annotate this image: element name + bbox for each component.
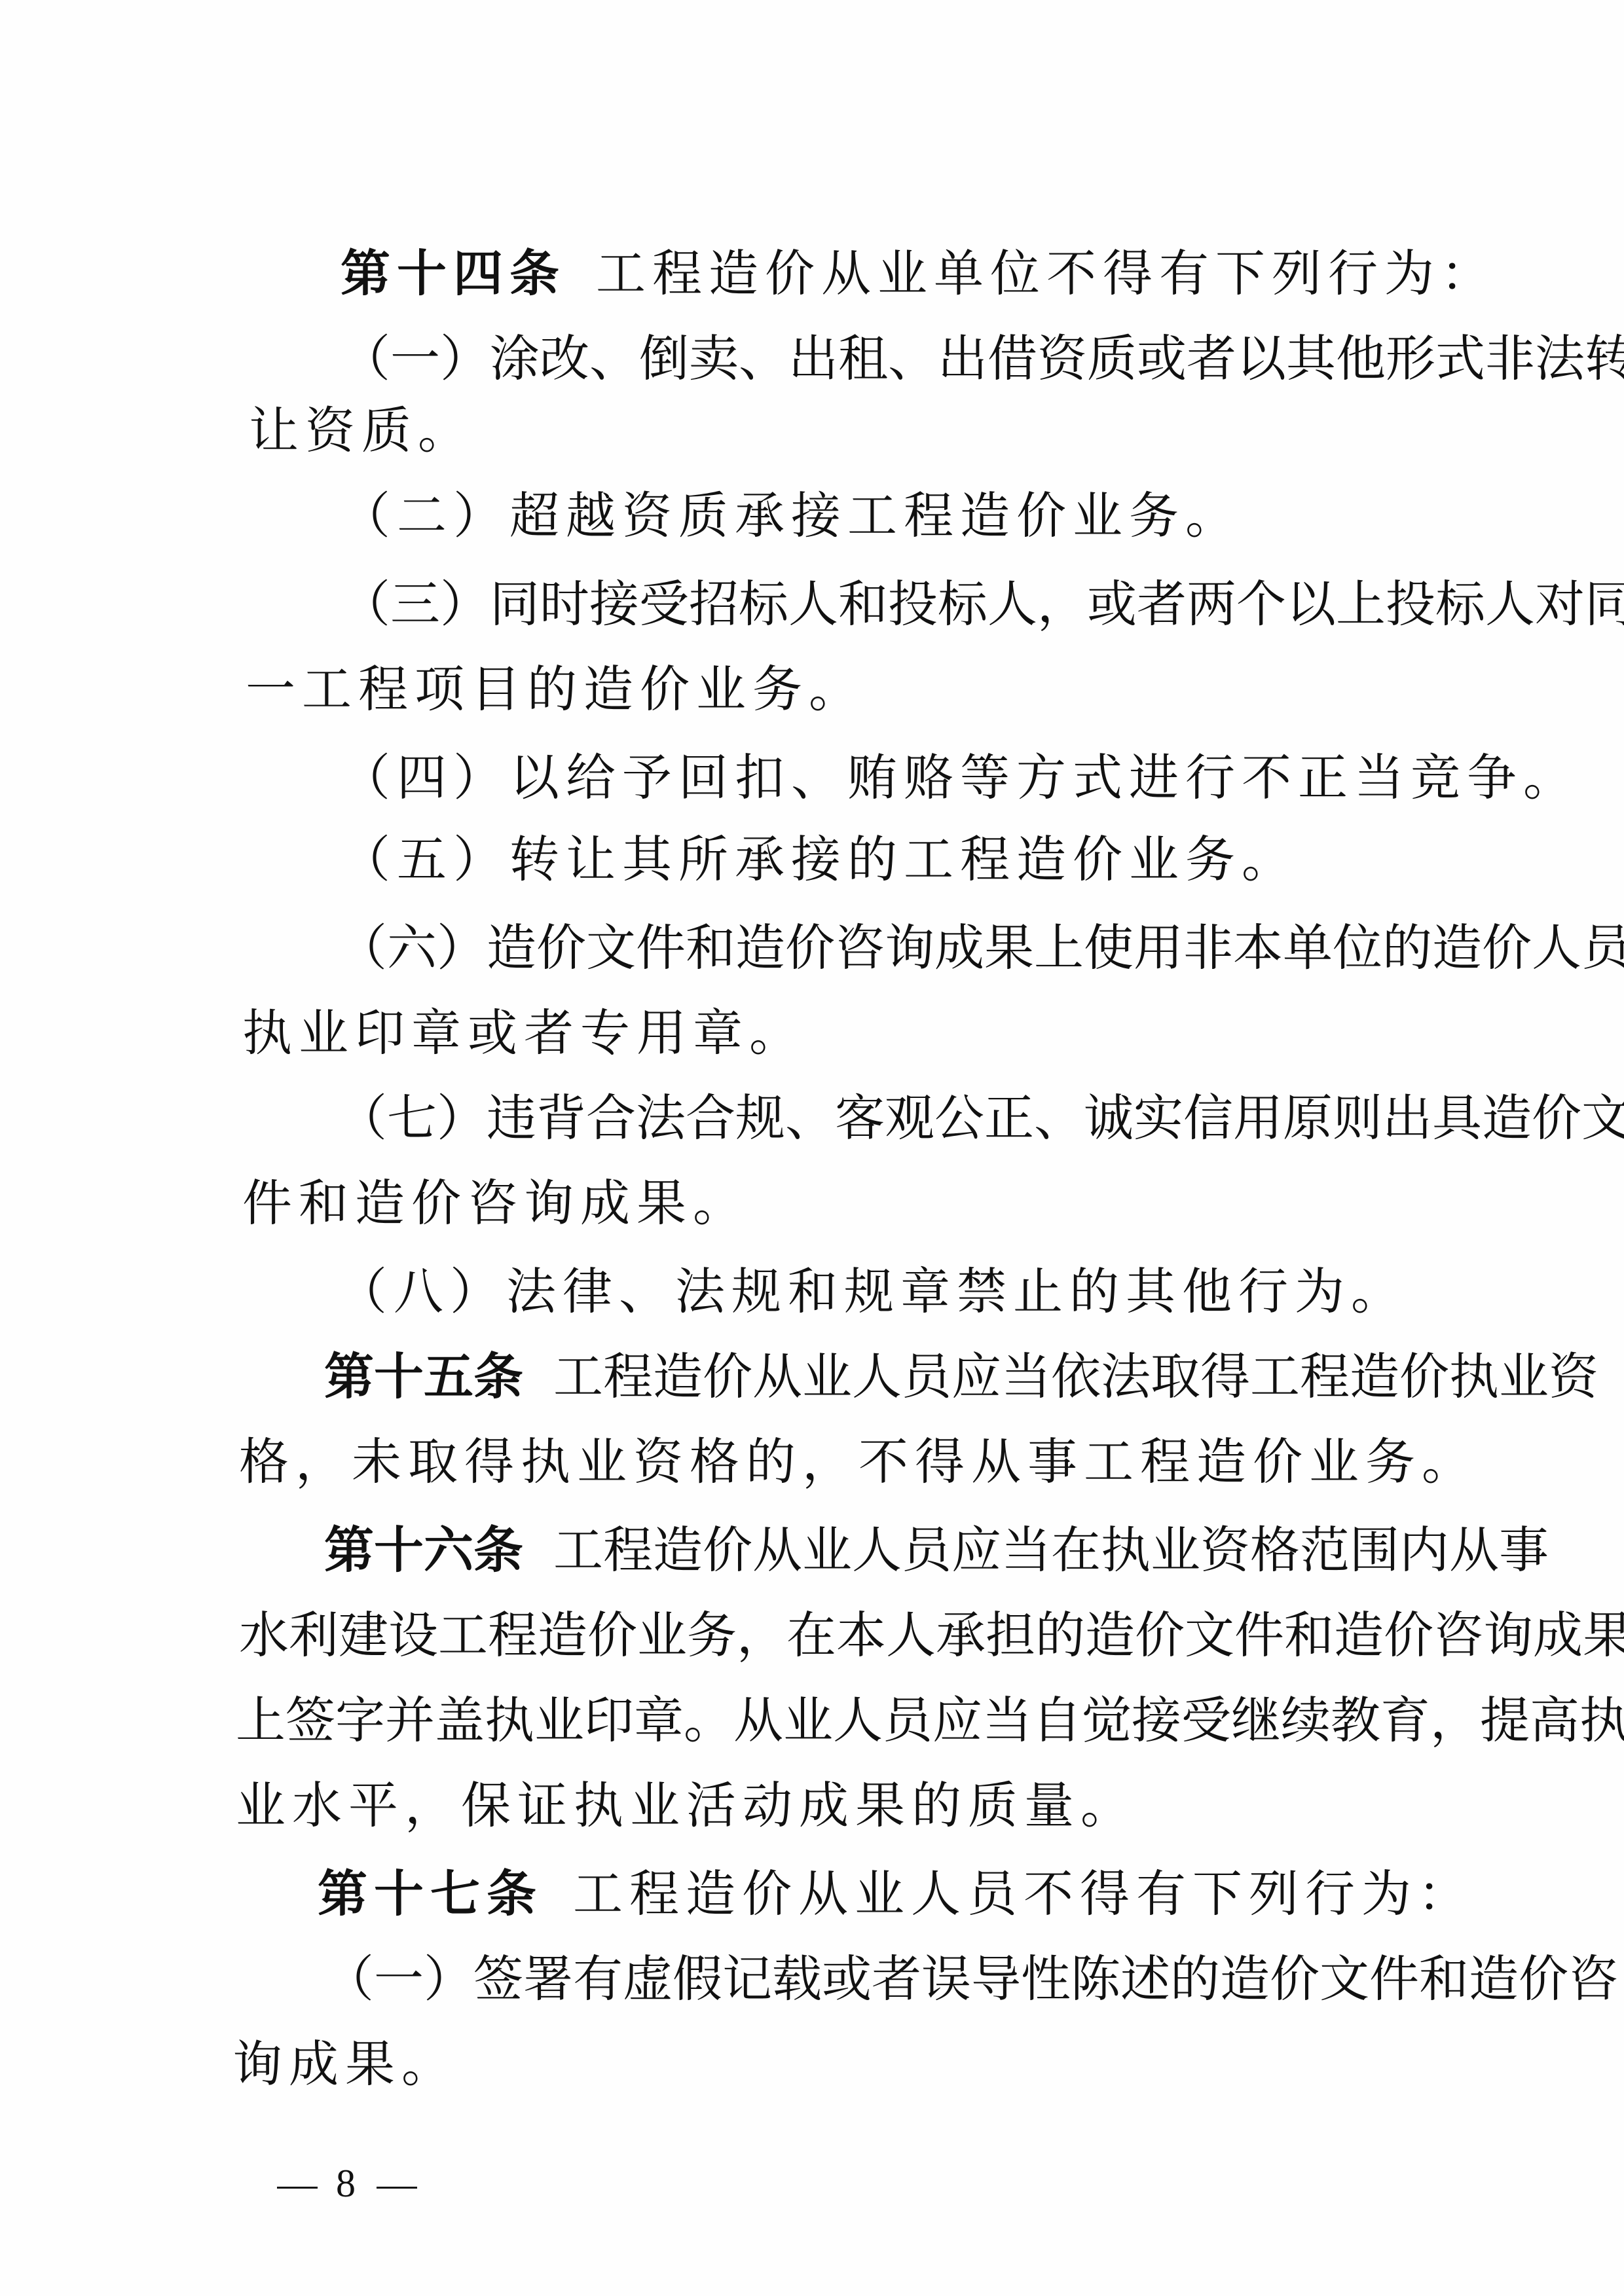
paragraph-text: 工程造价从业人员不得有下列行为： [573,1865,1474,1923]
continuation-line: 上签字并盖执业印章。从业人员应当自觉接受继续教育，提高执 [236,1689,1428,1752]
paragraph-text: 一工程项目的造价业务。 [246,660,865,718]
paragraph-text: 水利建设工程造价业务，在本人承担的造价文件和造价咨询成果 [239,1606,1624,1664]
item-line: （二）超越资质承接工程造价业务。 [341,484,1242,547]
article-14-heading: 第十四条工程造价从业单位不得有下列行为： [341,242,1497,305]
continuation-line: 执业印章或者专用章。 [242,1002,805,1065]
article-number: 第十六条 [324,1521,523,1579]
paragraph-text: 上签字并盖执业印章。从业人员应当自觉接受继续教育，提高执 [236,1691,1624,1749]
paragraph-text: 格，未取得执业资格的，不得从事工程造价业务。 [239,1432,1478,1491]
paragraph-text: （一）涂改、倒卖、出租、出借资质或者以其他形式非法转 [341,329,1624,388]
paragraph-text: （一）签署有虚假记载或者误导性陈述的造价文件和造价咨 [324,1950,1618,2008]
article-17-heading: 第十七条工程造价从业人员不得有下列行为： [318,1863,1474,1925]
dash-left [277,2187,318,2189]
paragraph-text: （七）违背合法合规、客观公正、诚实信用原则出具造价文 [337,1089,1624,1147]
paragraph-text: （八）法律、法规和规章禁止的其他行为。 [337,1262,1407,1321]
paragraph-text: （五）转让其所承接的工程造价业务。 [341,830,1298,888]
item-line: （一）涂改、倒卖、出租、出借资质或者以其他形式非法转 [341,327,1447,390]
paragraph-text: （六）造价文件和造价咨询成果上使用非本单位的造价人员 [337,919,1624,977]
paragraph-text: （二）超越资质承接工程造价业务。 [341,486,1242,545]
article-16-heading: 第十六条工程造价从业人员应当在执业资格范围内从事 [324,1519,1431,1582]
item-line: （四）以给予回扣、贿赂等方式进行不正当竞争。 [341,746,1579,809]
item-line: （七）违背合法合规、客观公正、诚实信用原则出具造价文 [337,1087,1437,1150]
paragraph-text: （三）同时接受招标人和投标人，或者两个以上投标人对同 [341,575,1624,633]
paragraph-text: 询成果。 [232,2035,458,2093]
article-number: 第十七条 [318,1865,543,1923]
paragraph-text: 件和造价咨询成果。 [242,1174,749,1232]
continuation-line: 件和造价咨询成果。 [242,1172,749,1235]
document-page: 第十四条工程造价从业单位不得有下列行为： （一）涂改、倒卖、出租、出借资质或者以… [0,0,1624,2296]
paragraph-text: 工程造价从业人员应当在执业资格范围内从事 [553,1521,1549,1579]
article-number: 第十四条 [341,244,566,302]
continuation-line: 让资质。 [249,399,474,462]
item-line: （六）造价文件和造价咨询成果上使用非本单位的造价人员 [337,917,1437,979]
page-number: 8 [259,2160,435,2206]
item-line: （一）签署有虚假记载或者误导性陈述的造价文件和造价咨 [324,1948,1418,2011]
dash-right [377,2187,417,2189]
item-line: （三）同时接受招标人和投标人，或者两个以上投标人对同 [341,573,1447,636]
paragraph-text: 工程造价从业人员应当依法取得工程造价执业资 [553,1347,1598,1406]
continuation-line: 格，未取得执业资格的，不得从事工程造价业务。 [239,1430,1478,1493]
paragraph-text: 工程造价从业单位不得有下列行为： [596,244,1497,302]
paragraph-text: （四）以给予回扣、贿赂等方式进行不正当竞争。 [341,748,1579,807]
continuation-line: 业水平，保证执业活动成果的质量。 [236,1774,1137,1837]
page-number-value: 8 [336,2162,358,2205]
item-line: （五）转让其所承接的工程造价业务。 [341,828,1298,891]
paragraph-text: 执业印章或者专用章。 [242,1004,805,1062]
paragraph-text: 让资质。 [249,401,474,460]
continuation-line: 询成果。 [232,2033,458,2096]
paragraph-text: 业水平，保证执业活动成果的质量。 [236,1776,1137,1834]
continuation-line: 水利建设工程造价业务，在本人承担的造价文件和造价咨询成果 [239,1604,1431,1667]
item-line: （八）法律、法规和规章禁止的其他行为。 [337,1260,1407,1323]
article-15-heading: 第十五条工程造价从业人员应当依法取得工程造价执业资 [324,1345,1431,1408]
article-number: 第十五条 [324,1347,523,1406]
continuation-line: 一工程项目的造价业务。 [246,658,865,721]
